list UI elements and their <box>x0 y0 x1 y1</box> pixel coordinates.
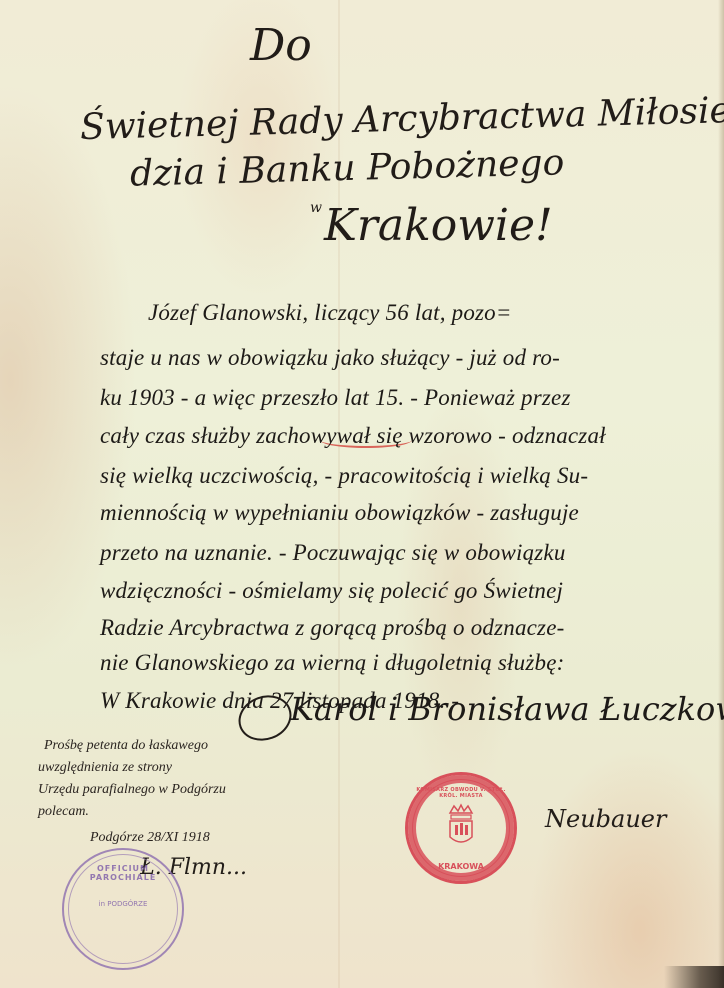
torn-corner-shadow <box>664 966 724 988</box>
purple-parish-stamp: OFFICIUM PAROCHIALE in PODGÓRZE <box>62 848 184 970</box>
endorsement-date: Podgórze 28/XI 1918 <box>90 830 210 846</box>
endorsement-line: uwzględnienia ze strony <box>38 760 172 776</box>
endorsement-line: polecam. <box>38 804 89 820</box>
red-official-stamp: KOMISARZ OBWODU V. STOŁ. KRÓL. MIASTA KR… <box>405 772 517 884</box>
addressee-city: Krakowie! <box>324 200 553 251</box>
stamp-text-middle: in PODGÓRZE <box>64 900 182 908</box>
addressee-line-3: wKrakowie! <box>310 200 553 251</box>
body-line: wdzięczności - ośmielamy się polecić go … <box>100 578 563 604</box>
endorsement-line: Prośbę petenta do łaskawego <box>44 738 208 754</box>
addressee-line-1: Świetnej Rady Arcybractwa Miłosier= <box>80 89 724 148</box>
addressee-line-2: dzia i Banku Pobożnego <box>130 142 565 194</box>
stamp-text-top: KOMISARZ OBWODU V. STOŁ. KRÓL. MIASTA <box>408 787 514 799</box>
salutation: Do <box>250 20 312 71</box>
paper-edge <box>718 0 724 988</box>
body-line: nie Glanowskiego za wierną i długoletnią… <box>100 650 564 676</box>
body-line: przeto na uznanie. - Poczuwając się w ob… <box>100 540 566 566</box>
body-line: Radzie Arcybractwa z gorącą prośbą o odz… <box>100 615 564 641</box>
body-line: się wielką uczciwością, - pracowitością … <box>100 463 588 489</box>
body-line: Józef Glanowski, liczący 56 lat, pozo= <box>148 300 512 326</box>
body-line: miennością w wypełnianiu obowiązków - za… <box>100 500 579 526</box>
official-signature: Neubauer <box>545 805 666 833</box>
crown-crest-icon <box>444 803 478 847</box>
stamp-text-bottom: KRAKOWA <box>408 862 514 871</box>
stamp-text-top: OFFICIUM PAROCHIALE <box>64 864 182 882</box>
signature: Karol i Bronisława Łuczkowie <box>290 690 724 728</box>
endorsement-line: Urzędu parafialnego w Podgórzu <box>38 782 226 798</box>
body-line: staje u nas w obowiązku jako służący - j… <box>100 345 560 371</box>
document-page: Do Świetnej Rady Arcybractwa Miłosier= d… <box>0 0 724 988</box>
body-line: ku 1903 - a więc przeszło lat 15. - Poni… <box>100 385 571 411</box>
addressee-prefix: w <box>310 200 322 216</box>
body-line: cały czas służby zachowywał się wzorowo … <box>100 423 606 449</box>
